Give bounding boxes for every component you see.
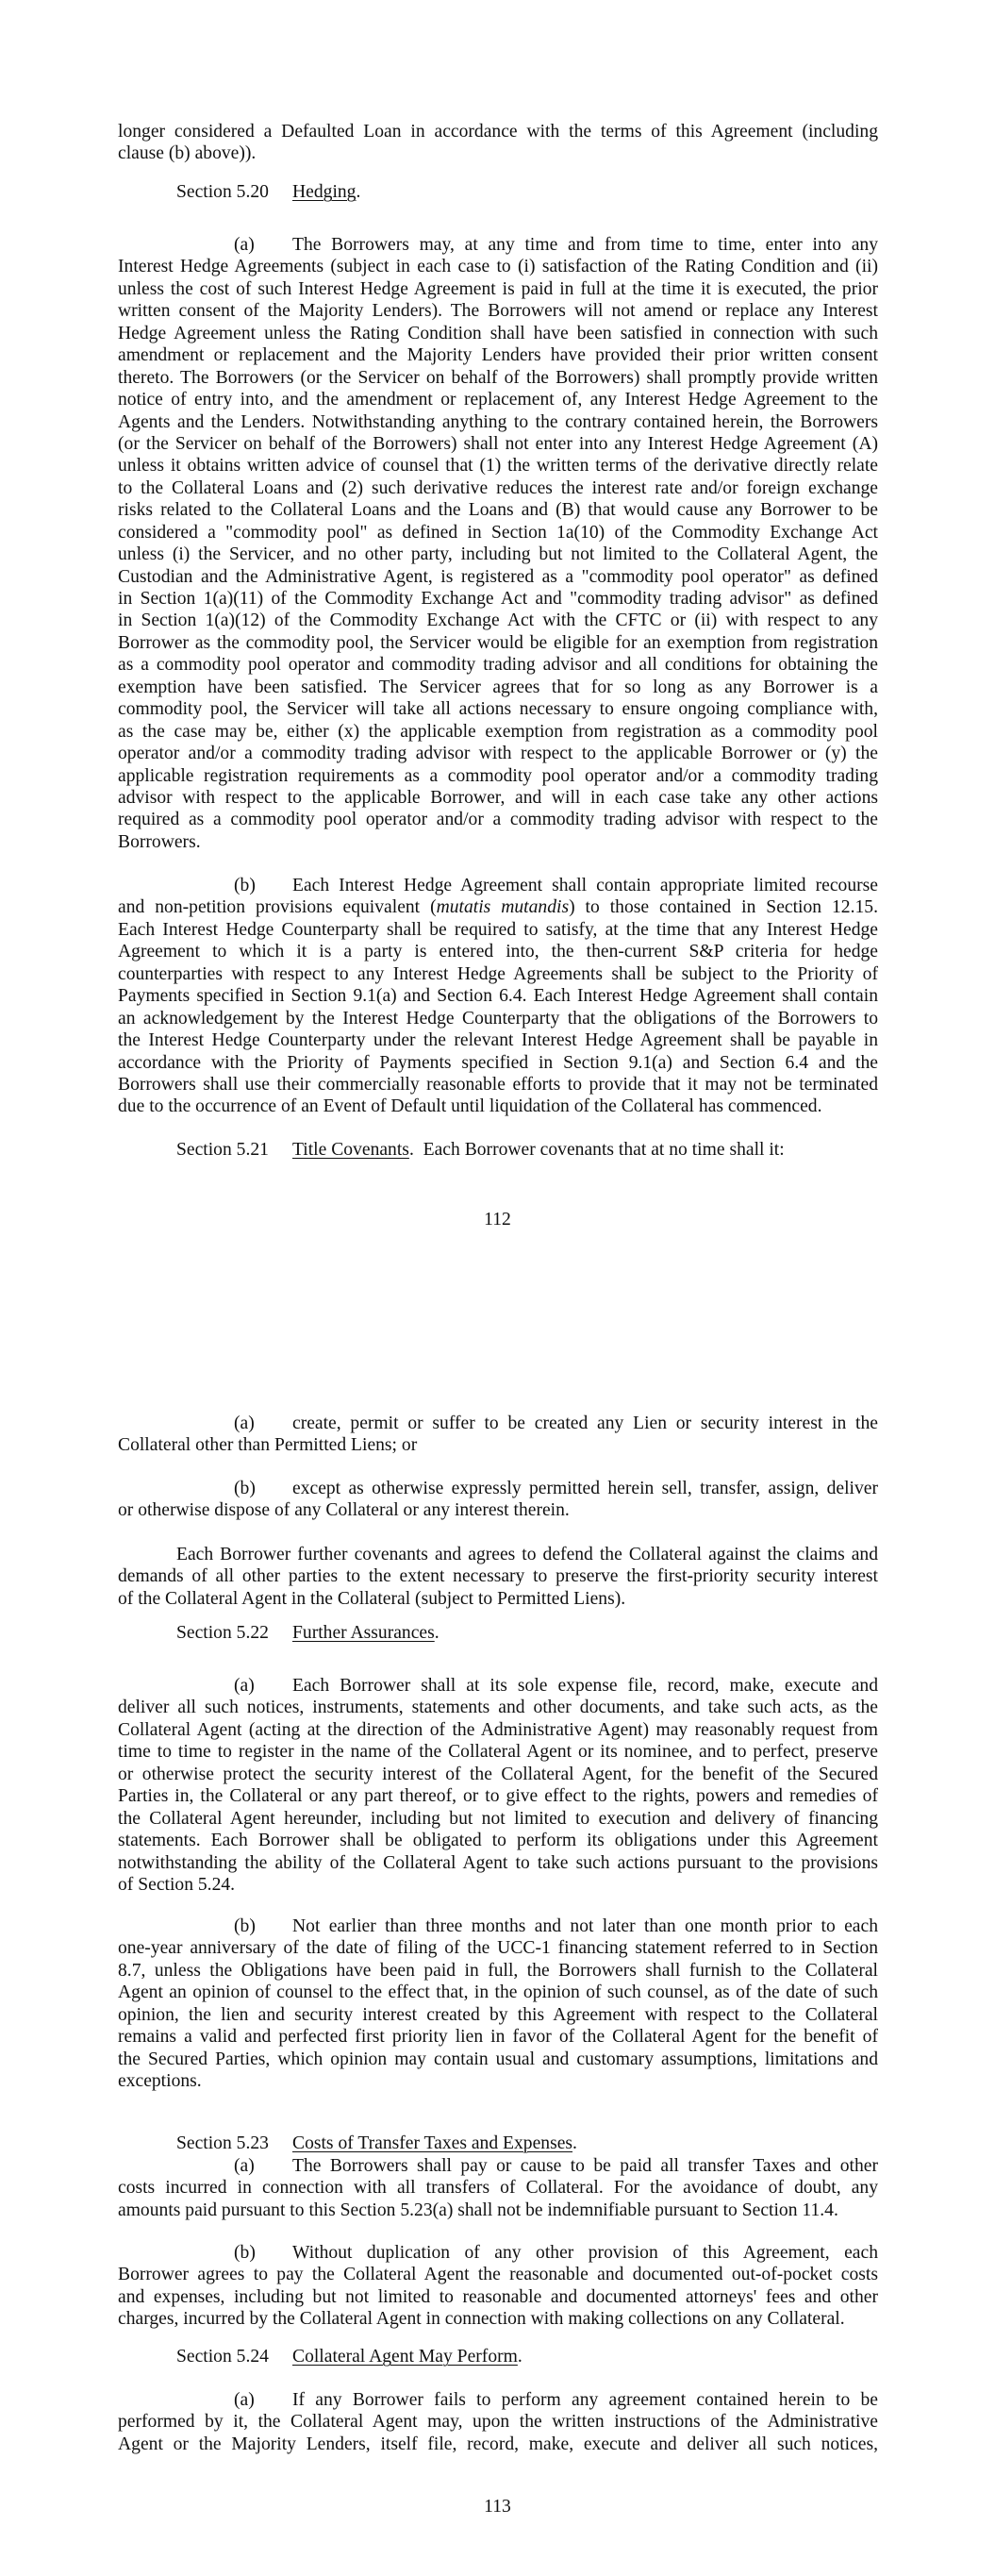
line-text: exceptions. xyxy=(118,2071,202,2091)
line-text: Borrowers shall use their commercially r… xyxy=(118,1075,878,1095)
line-text: written consent of the Majority Lenders)… xyxy=(118,301,878,321)
text-line: counterparties with respect to any Inter… xyxy=(118,963,878,985)
text-line: Borrowers shall use their commercially r… xyxy=(118,1074,878,1096)
line-text: remains a valid and perfected first prio… xyxy=(118,2027,878,2047)
text-line: in Section 1(a)(11) of the Commodity Exc… xyxy=(118,588,878,610)
line-text: Hedge Agreement unless the Rating Condit… xyxy=(118,324,878,343)
text-line: to the Collateral Loans and (2) such der… xyxy=(118,477,878,499)
line-text: or otherwise dispose of any Collateral o… xyxy=(118,1500,570,1520)
clause-sec-5-23-a: (a)The Borrowers shall pay or cause to b… xyxy=(118,2155,878,2221)
clause-sec-5-20-b: (b)Each Interest Hedge Agreement shall c… xyxy=(118,875,878,1118)
line-text: opinion, the lien and security interest … xyxy=(118,2005,878,2025)
text-line: Hedge Agreement unless the Rating Condit… xyxy=(118,323,878,344)
section-number: Section 5.24 xyxy=(118,2346,292,2367)
line-text: the Collateral Agent hereunder, includin… xyxy=(118,1809,878,1829)
section-number: Section 5.22 xyxy=(118,1622,292,1644)
text-line: amendment or replacement and the Majorit… xyxy=(118,344,878,366)
line-text: Interest Hedge Agreements (subject in ea… xyxy=(118,257,878,276)
line-text: Borrowers. xyxy=(118,832,201,852)
line-text: advisor with respect to the applicable B… xyxy=(118,788,878,808)
document-viewer: longer considered a Defaulted Loan in ac… xyxy=(0,0,995,2576)
clause-label: (b) xyxy=(234,875,292,896)
text-line: (b)Not earlier than three months and not… xyxy=(118,1915,878,1937)
section-heading-line: Section 5.20Hedging. xyxy=(118,181,878,203)
text-line: Parties in, the Collateral or any part t… xyxy=(118,1785,878,1807)
line-text: The Borrowers may, at any time and from … xyxy=(292,235,878,255)
clause-sec-5-22-a: (a)Each Borrower shall at its sole expen… xyxy=(118,1675,878,1896)
line-text: as the case may be, either (x) the appli… xyxy=(118,722,878,742)
line-text: and non-petition provisions equivalent (… xyxy=(118,897,878,917)
text-line: (b)except as otherwise expressly permitt… xyxy=(118,1478,878,1499)
text-line: exceptions. xyxy=(118,2070,878,2092)
line-text: costs incurred in connection with all tr… xyxy=(118,2178,878,2198)
section-title: Hedging xyxy=(292,182,356,202)
text-line: an acknowledgement by the Interest Hedge… xyxy=(118,1008,878,1029)
text-line: of Section 5.24. xyxy=(118,1874,878,1896)
text-line: applicable registration requirements as … xyxy=(118,765,878,787)
clause-sec-5-21-a: (a)create, permit or suffer to be create… xyxy=(118,1413,878,1457)
line-text: operator and/or a commodity trading advi… xyxy=(118,744,878,763)
line-text: statements. Each Borrower shall be oblig… xyxy=(118,1831,878,1850)
line-text: accordance with the Priority of Payments… xyxy=(118,1053,878,1073)
clause-sec-5-23-b: (b)Without duplication of any other prov… xyxy=(118,2242,878,2331)
text-line: Payments specified in Section 9.1(a) and… xyxy=(118,985,878,1007)
text-line: Agent an opinion of counsel to the effec… xyxy=(118,1982,878,2003)
clause-sec-5-20-a: (a)The Borrowers may, at any time and fr… xyxy=(118,234,878,853)
line-text: Each Interest Hedge Counterparty shall b… xyxy=(118,920,878,940)
section-heading-sec-5-20: Section 5.20Hedging. xyxy=(118,181,878,203)
line-text: or otherwise protect the security intere… xyxy=(118,1765,878,1784)
text-run: ) to those contained in Section 12.15. xyxy=(569,897,878,917)
line-text: required as a commodity pool operator an… xyxy=(118,810,878,829)
text-line: (b)Each Interest Hedge Agreement shall c… xyxy=(118,875,878,896)
line-text: Agents and the Lenders. Notwithstanding … xyxy=(118,412,878,432)
section-heading-trail: . xyxy=(435,1623,439,1643)
clause-sec-5-21-b: (b)except as otherwise expressly permitt… xyxy=(118,1478,878,1522)
text-line: commodity pool, the Servicer will take a… xyxy=(118,698,878,720)
section-heading-trail: . xyxy=(518,2347,522,2367)
italic-phrase: mutatis mutandis xyxy=(437,897,570,917)
section-heading-line: Section 5.24Collateral Agent May Perform… xyxy=(118,2346,878,2367)
text-line: written consent of the Majority Lenders)… xyxy=(118,300,878,322)
clause-label: (a) xyxy=(234,2389,292,2411)
line-text: Each Interest Hedge Agreement shall cont… xyxy=(292,876,878,895)
line-text: unless it obtains written advice of coun… xyxy=(118,456,878,476)
text-line: notice of entry into, and the amendment … xyxy=(118,389,878,410)
text-line: or otherwise protect the security intere… xyxy=(118,1764,878,1785)
line-text: Collateral Agent (acting at the directio… xyxy=(118,1720,878,1740)
line-text: 8.7, unless the Obligations have been pa… xyxy=(118,1961,878,1981)
line-text: thereto. The Borrowers (or the Servicer … xyxy=(118,368,878,388)
text-line: and non-petition provisions equivalent (… xyxy=(118,896,878,918)
section-heading-line: Section 5.21Title Covenants. Each Borrow… xyxy=(118,1139,878,1161)
line-text: in Section 1(a)(11) of the Commodity Exc… xyxy=(118,589,878,609)
line-text: performed by it, the Collateral Agent ma… xyxy=(118,2412,878,2432)
text-line: one-year anniversary of the date of fili… xyxy=(118,1937,878,1959)
text-line: statements. Each Borrower shall be oblig… xyxy=(118,1830,878,1851)
clause-label: (b) xyxy=(234,1915,292,1937)
text-line: (or the Servicer on behalf of the Borrow… xyxy=(118,433,878,455)
line-text: Agreement to which it is a party is ente… xyxy=(118,942,878,962)
text-line: (a)Each Borrower shall at its sole expen… xyxy=(118,1675,878,1697)
clause-sec-5-24-a: (a)If any Borrower fails to perform any … xyxy=(118,2389,878,2455)
text-line: the Collateral Agent hereunder, includin… xyxy=(118,1808,878,1830)
text-line: as the case may be, either (x) the appli… xyxy=(118,721,878,743)
text-line: risks related to the Collateral Loans an… xyxy=(118,499,878,521)
line-text: (or the Servicer on behalf of the Borrow… xyxy=(118,434,878,454)
line-text: Borrower agrees to pay the Collateral Ag… xyxy=(118,2265,878,2284)
text-line: Custodian and the Administrative Agent, … xyxy=(118,566,878,588)
line-text: The Borrowers shall pay or cause to be p… xyxy=(292,2156,878,2176)
line-text: of the Collateral Agent in the Collatera… xyxy=(118,1589,625,1609)
text-line: amounts paid pursuant to this Section 5.… xyxy=(118,2200,878,2221)
text-line: performed by it, the Collateral Agent ma… xyxy=(118,2411,878,2433)
line-text: Not earlier than three months and not la… xyxy=(292,1916,878,1936)
text-line: (a)The Borrowers may, at any time and fr… xyxy=(118,234,878,256)
line-text: Borrower as the commodity pool, the Serv… xyxy=(118,633,878,653)
text-line: accordance with the Priority of Payments… xyxy=(118,1052,878,1074)
line-text: of Section 5.24. xyxy=(118,1875,235,1895)
line-text: Collateral other than Permitted Liens; o… xyxy=(118,1435,417,1455)
text-line: 8.7, unless the Obligations have been pa… xyxy=(118,1960,878,1982)
clause-label: (b) xyxy=(234,1478,292,1499)
paragraph-carryover: longer considered a Defaulted Loan in ac… xyxy=(118,121,878,165)
line-text: Payments specified in Section 9.1(a) and… xyxy=(118,986,878,1006)
text-line: the Secured Parties, which opinion may c… xyxy=(118,2049,878,2070)
paragraph-sec-5-21-defend: Each Borrower further covenants and agre… xyxy=(118,1544,878,1610)
line-text: applicable registration requirements as … xyxy=(118,766,878,786)
text-line: Each Interest Hedge Counterparty shall b… xyxy=(118,919,878,941)
line-text: to the Collateral Loans and (2) such der… xyxy=(118,478,878,498)
line-text: unless the cost of such Interest Hedge A… xyxy=(118,279,878,299)
text-run: and non-petition provisions equivalent ( xyxy=(118,897,437,917)
section-number: Section 5.23 xyxy=(118,2133,292,2154)
section-heading-trail: . xyxy=(356,182,360,202)
line-text: Without duplication of any other provisi… xyxy=(292,2243,878,2263)
line-text: except as otherwise expressly permitted … xyxy=(292,1479,878,1498)
text-line: operator and/or a commodity trading advi… xyxy=(118,743,878,764)
text-line: advisor with respect to the applicable B… xyxy=(118,787,878,809)
text-line: (a)The Borrowers shall pay or cause to b… xyxy=(118,2155,878,2177)
text-line: Collateral other than Permitted Liens; o… xyxy=(118,1434,878,1456)
text-line: Borrower agrees to pay the Collateral Ag… xyxy=(118,2264,878,2285)
line-text: considered a "commodity pool" as defined… xyxy=(118,523,878,543)
line-text: deliver all such notices, instruments, s… xyxy=(118,1698,878,1717)
text-line: as a commodity pool operator and commodi… xyxy=(118,654,878,676)
text-line: Agent or the Majority Lenders, itself fi… xyxy=(118,2434,878,2455)
line-text: in Section 1(a)(12) of the Commodity Exc… xyxy=(118,611,878,630)
section-heading-trail: . xyxy=(572,2133,577,2153)
line-text: amendment or replacement and the Majorit… xyxy=(118,345,878,365)
text-line: Collateral Agent (acting at the directio… xyxy=(118,1719,878,1741)
line-text: unless (i) the Servicer, and no other pa… xyxy=(118,544,878,564)
text-line: the Interest Hedge Counterparty under th… xyxy=(118,1029,878,1051)
page-number: 112 xyxy=(0,1209,995,1230)
line-text: risks related to the Collateral Loans an… xyxy=(118,500,878,520)
text-line: clause (b) above)). xyxy=(118,142,878,164)
text-line: unless it obtains written advice of coun… xyxy=(118,455,878,477)
text-line: remains a valid and perfected first prio… xyxy=(118,2026,878,2048)
line-text: Agent or the Majority Lenders, itself fi… xyxy=(118,2434,878,2454)
text-line: unless (i) the Servicer, and no other pa… xyxy=(118,544,878,565)
text-line: costs incurred in connection with all tr… xyxy=(118,2177,878,2199)
line-text: demands of all other parties to the exte… xyxy=(118,1566,878,1586)
section-number: Section 5.20 xyxy=(118,181,292,203)
text-line: (b)Without duplication of any other prov… xyxy=(118,2242,878,2264)
text-line: unless the cost of such Interest Hedge A… xyxy=(118,278,878,300)
text-line: considered a "commodity pool" as defined… xyxy=(118,522,878,544)
text-line: Each Borrower further covenants and agre… xyxy=(118,1544,878,1565)
text-line: Agents and the Lenders. Notwithstanding … xyxy=(118,411,878,433)
line-text: amounts paid pursuant to this Section 5.… xyxy=(118,2200,838,2220)
line-text: one-year anniversary of the date of fili… xyxy=(118,1938,878,1958)
section-number: Section 5.21 xyxy=(118,1139,292,1161)
text-line: deliver all such notices, instruments, s… xyxy=(118,1697,878,1718)
section-heading-sec-5-21: Section 5.21Title Covenants. Each Borrow… xyxy=(118,1139,878,1161)
clause-label: (a) xyxy=(234,234,292,256)
text-line: notwithstanding the ability of the Colla… xyxy=(118,1852,878,1874)
text-line: time to time to register in the name of … xyxy=(118,1741,878,1763)
line-text: the Interest Hedge Counterparty under th… xyxy=(118,1030,878,1050)
line-text: charges, incurred by the Collateral Agen… xyxy=(118,2309,845,2329)
text-line: exemption have been satisfied. The Servi… xyxy=(118,677,878,698)
line-text: due to the occurrence of an Event of Def… xyxy=(118,1096,821,1116)
line-text: If any Borrower fails to perform any agr… xyxy=(292,2390,878,2410)
text-line: (a)If any Borrower fails to perform any … xyxy=(118,2389,878,2411)
line-text: the Secured Parties, which opinion may c… xyxy=(118,2049,878,2069)
line-text: Each Borrower shall at its sole expense … xyxy=(292,1676,878,1696)
line-text: longer considered a Defaulted Loan in ac… xyxy=(118,122,878,142)
section-title: Title Covenants xyxy=(292,1140,409,1160)
section-heading-sec-5-23: Section 5.23Costs of Transfer Taxes and … xyxy=(118,2133,878,2154)
line-text: exemption have been satisfied. The Servi… xyxy=(118,677,878,697)
text-line: or otherwise dispose of any Collateral o… xyxy=(118,1499,878,1521)
line-text: Each Borrower further covenants and agre… xyxy=(176,1545,878,1564)
section-heading-sec-5-24: Section 5.24Collateral Agent May Perform… xyxy=(118,2346,878,2367)
section-title: Collateral Agent May Perform xyxy=(292,2347,518,2367)
line-text: commodity pool, the Servicer will take a… xyxy=(118,699,878,719)
section-heading-line: Section 5.22Further Assurances. xyxy=(118,1622,878,1644)
clause-sec-5-22-b: (b)Not earlier than three months and not… xyxy=(118,1915,878,2093)
text-line: in Section 1(a)(12) of the Commodity Exc… xyxy=(118,610,878,631)
text-line: longer considered a Defaulted Loan in ac… xyxy=(118,121,878,142)
clause-label: (a) xyxy=(234,1675,292,1697)
line-text: notice of entry into, and the amendment … xyxy=(118,390,878,410)
text-line: opinion, the lien and security interest … xyxy=(118,2004,878,2026)
clause-label: (a) xyxy=(234,2155,292,2177)
line-text: Custodian and the Administrative Agent, … xyxy=(118,567,878,587)
section-title: Further Assurances xyxy=(292,1623,435,1643)
line-text: clause (b) above)). xyxy=(118,143,256,163)
text-line: Borrower as the commodity pool, the Serv… xyxy=(118,632,878,654)
clause-label: (b) xyxy=(234,2242,292,2264)
line-text: time to time to register in the name of … xyxy=(118,1742,878,1762)
section-heading-line: Section 5.23Costs of Transfer Taxes and … xyxy=(118,2133,878,2154)
text-line: and expenses, including but not limited … xyxy=(118,2286,878,2308)
page-number: 113 xyxy=(0,2496,995,2517)
section-heading-sec-5-22: Section 5.22Further Assurances. xyxy=(118,1622,878,1644)
text-line: Borrowers. xyxy=(118,831,878,853)
clause-label: (a) xyxy=(234,1413,292,1434)
text-line: (a)create, permit or suffer to be create… xyxy=(118,1413,878,1434)
line-text: as a commodity pool operator and commodi… xyxy=(118,655,878,675)
section-title: Costs of Transfer Taxes and Expenses xyxy=(292,2133,572,2153)
text-line: thereto. The Borrowers (or the Servicer … xyxy=(118,367,878,389)
line-text: counterparties with respect to any Inter… xyxy=(118,964,878,984)
line-text: create, permit or suffer to be created a… xyxy=(292,1413,878,1433)
text-line: due to the occurrence of an Event of Def… xyxy=(118,1096,878,1117)
line-text: Parties in, the Collateral or any part t… xyxy=(118,1786,878,1806)
text-line: Agreement to which it is a party is ente… xyxy=(118,941,878,962)
line-text: notwithstanding the ability of the Colla… xyxy=(118,1853,878,1873)
text-line: required as a commodity pool operator an… xyxy=(118,809,878,830)
line-text: and expenses, including but not limited … xyxy=(118,2287,878,2307)
section-heading-trail: . Each Borrower covenants that at no tim… xyxy=(409,1140,785,1160)
text-line: charges, incurred by the Collateral Agen… xyxy=(118,2308,878,2330)
text-line: demands of all other parties to the exte… xyxy=(118,1565,878,1587)
line-text: an acknowledgement by the Interest Hedge… xyxy=(118,1009,878,1029)
text-line: of the Collateral Agent in the Collatera… xyxy=(118,1588,878,1610)
text-line: Interest Hedge Agreements (subject in ea… xyxy=(118,256,878,277)
line-text: Agent an opinion of counsel to the effec… xyxy=(118,1982,878,2002)
